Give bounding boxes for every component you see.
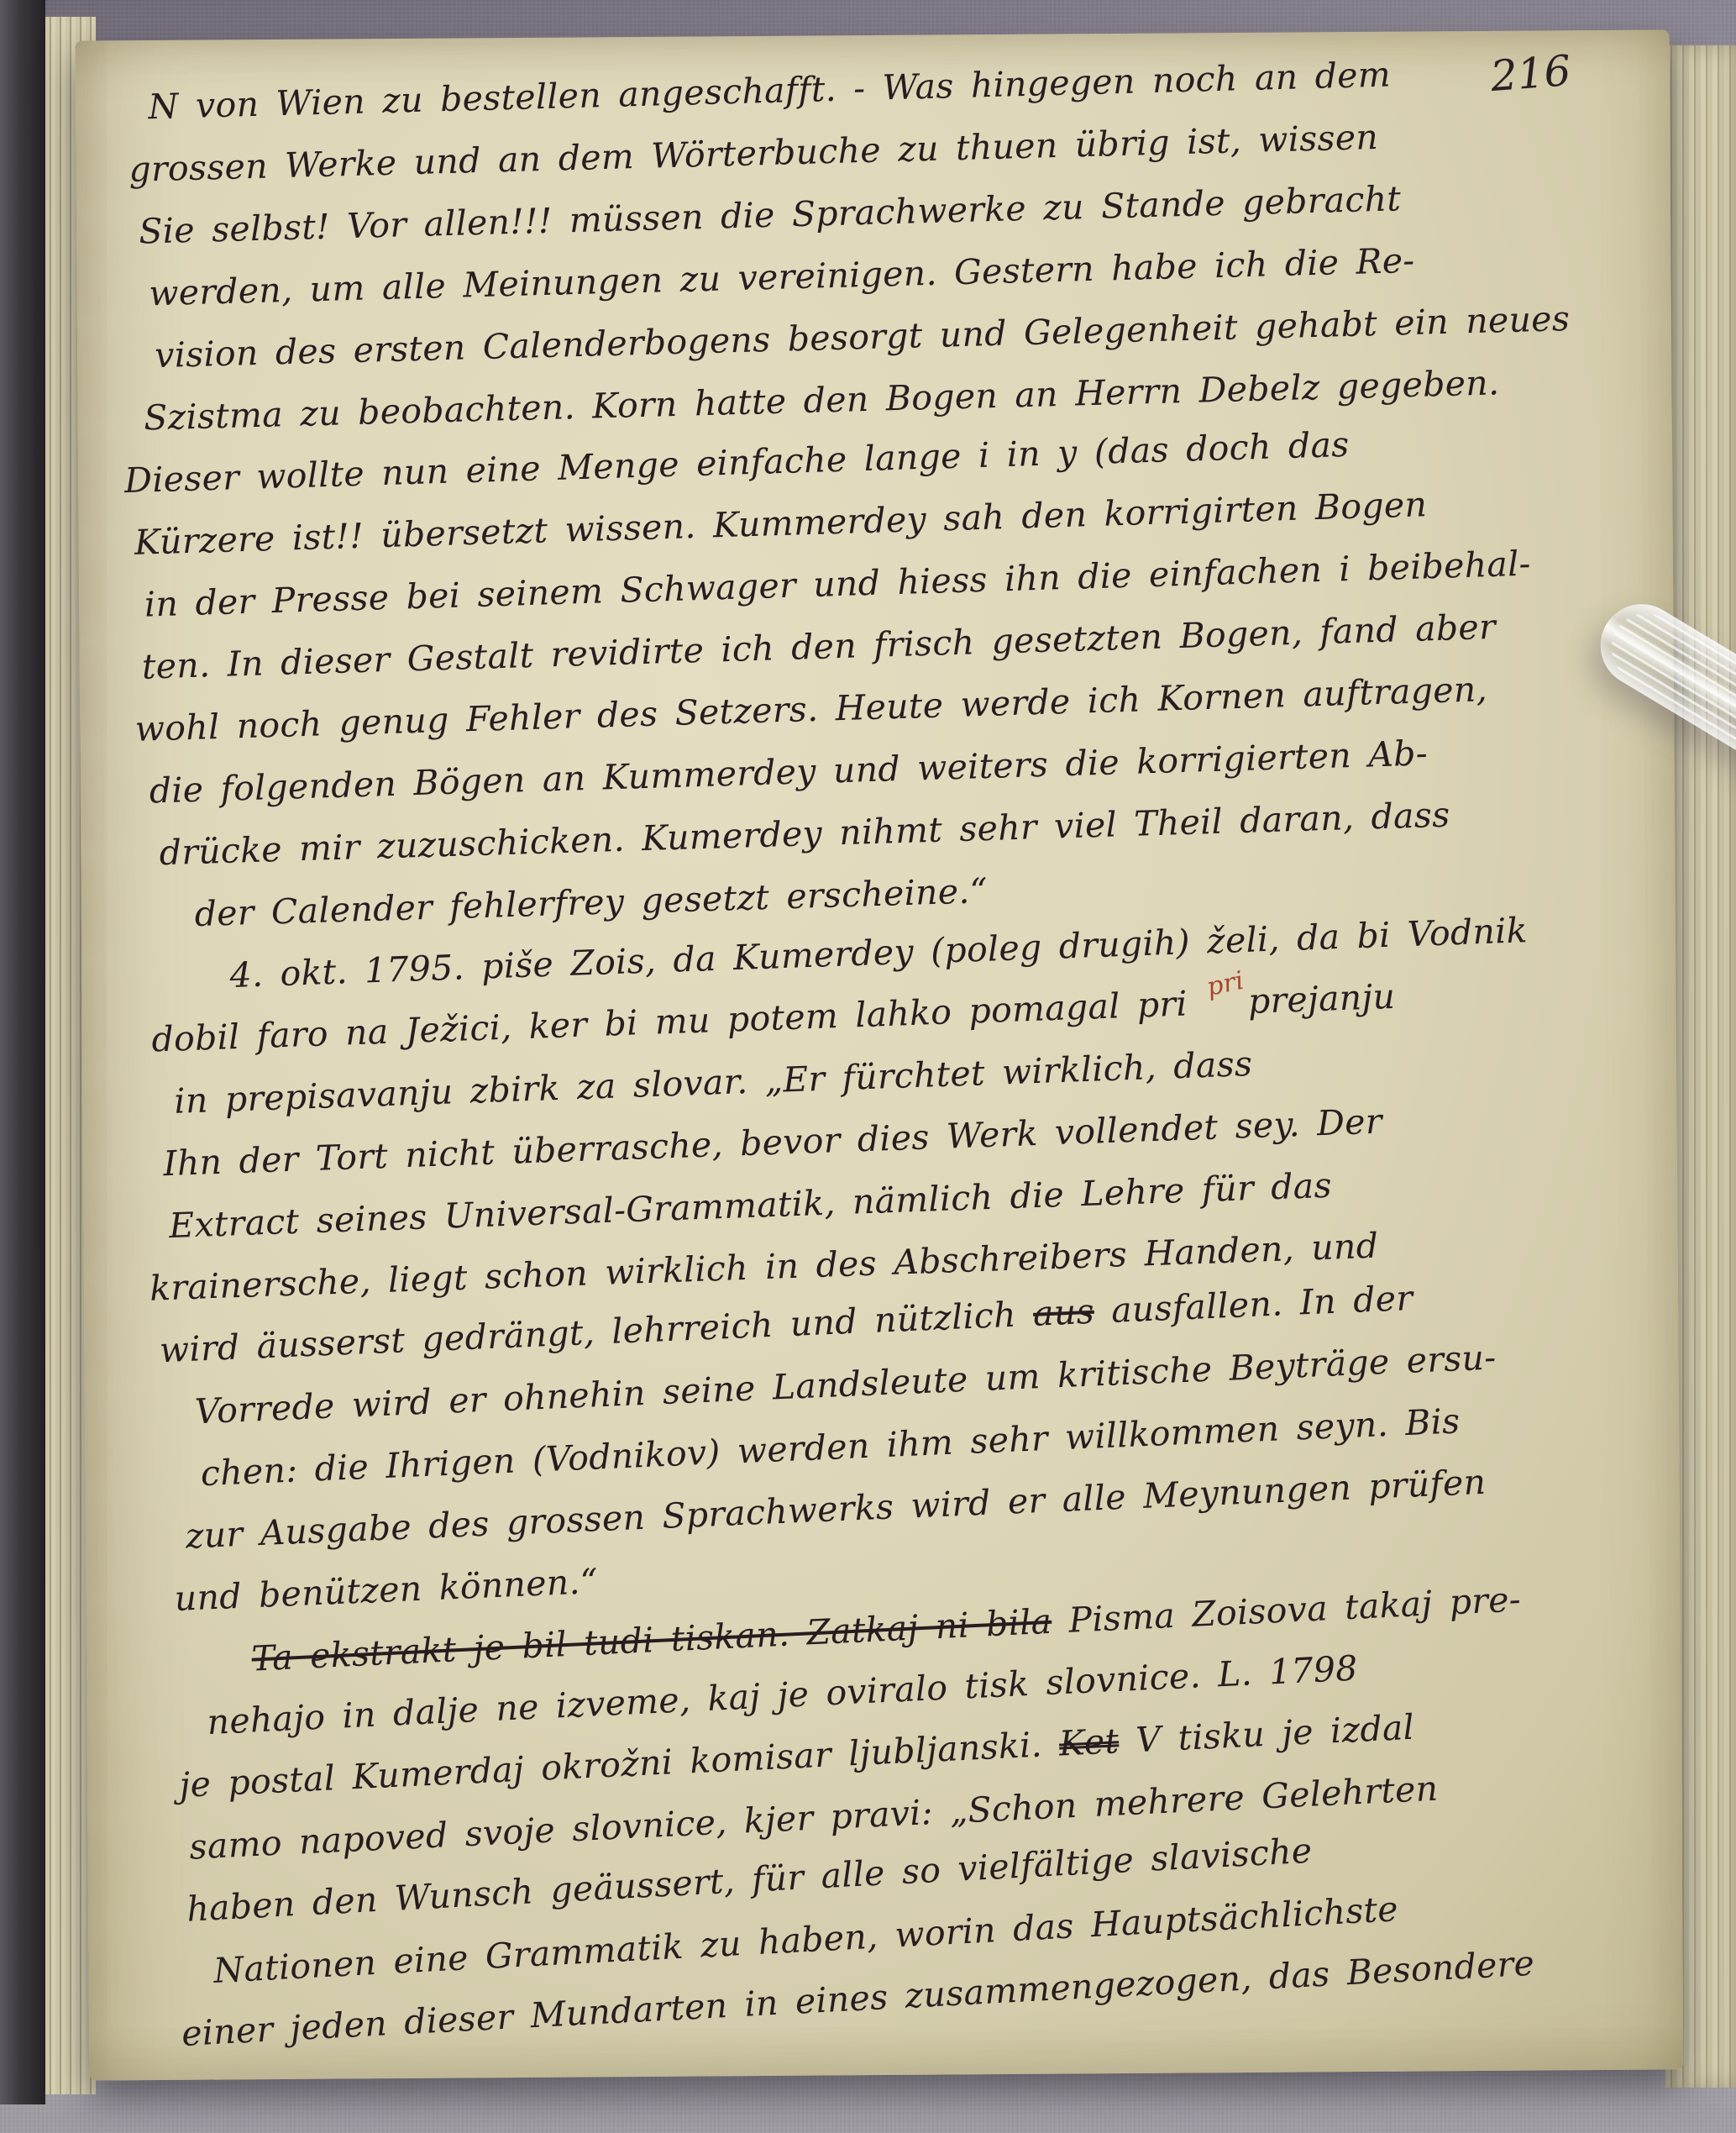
line-text: N von Wien zu bestellen angeschafft. - W…	[148, 55, 1392, 128]
struck-through-text: aus	[1032, 1291, 1095, 1334]
red-ink-insertion: pri	[1204, 966, 1246, 1002]
struck-through-text: Ket	[1058, 1721, 1120, 1763]
book-spine	[0, 0, 45, 2104]
manuscript-photo: 216 N von Wien zu bestellen angeschafft.…	[0, 0, 1736, 2133]
line-text: prejanju	[1247, 976, 1396, 1022]
manuscript-page: 216 N von Wien zu bestellen angeschafft.…	[76, 29, 1684, 2080]
handwritten-text-block: N von Wien zu bestellen angeschafft. - W…	[114, 48, 1699, 2077]
